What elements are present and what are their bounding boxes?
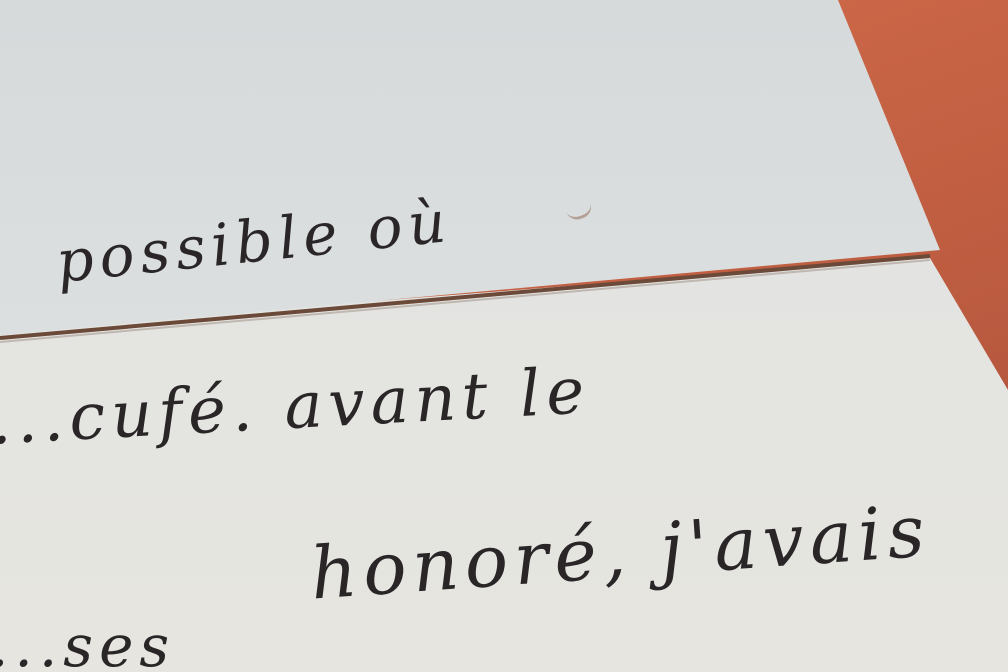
handwriting-line-4: ...ses xyxy=(0,612,175,672)
